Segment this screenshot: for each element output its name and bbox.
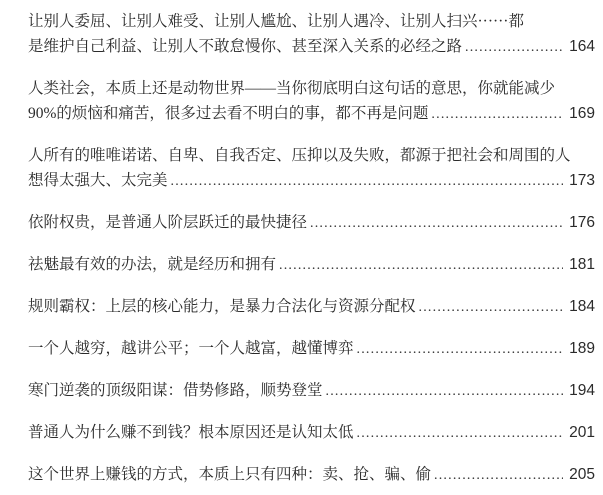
toc-entry[interactable]: 人类社会，本质上还是动物世界——当你彻底明白这句话的意思，你就能减少90%的烦恼… (28, 76, 595, 127)
entry-text-line: 让别人委屈、让别人难受、让别人尴尬、让别人遇冷、让别人扫兴······都 (28, 9, 595, 34)
dot-leader (357, 420, 564, 446)
entry-last-line: 是维护自己利益、让别人不敢怠慢你、甚至深入关系的必经之路164 (28, 34, 595, 60)
page-number: 173 (569, 168, 595, 193)
entry-text: 是维护自己利益、让别人不敢怠慢你、甚至深入关系的必经之路 (28, 34, 462, 59)
page-number: 164 (569, 34, 595, 59)
dot-leader (310, 210, 563, 236)
page-number: 201 (569, 420, 595, 445)
dot-leader (279, 252, 563, 278)
entry-text: 想得太强大、太完美 (28, 168, 168, 193)
entry-last-line: 90%的烦恼和痛苦，很多过去看不明白的事，都不再是问题169 (28, 101, 595, 127)
entry-text: 这个世界上赚钱的方式，本质上只有四种：卖、抢、骗、偷 (28, 462, 431, 487)
page-number: 169 (569, 101, 595, 126)
entry-text: 寒门逆袭的顶级阳谋：借势修路，顺势登堂 (28, 378, 323, 403)
entry-last-line: 普通人为什么赚不到钱？根本原因还是认知太低201 (28, 420, 595, 446)
dot-leader (431, 101, 563, 127)
toc-entry[interactable]: 人所有的唯唯诺诺、自卑、自我否定、压抑以及失败，都源于把社会和周围的人想得太强大… (28, 143, 595, 194)
entry-text: 祛魅最有效的办法，就是经历和拥有 (28, 252, 276, 277)
toc-entry[interactable]: 普通人为什么赚不到钱？根本原因还是认知太低201 (28, 420, 595, 446)
entry-text: 依附权贵，是普通人阶层跃迁的最快捷径 (28, 210, 307, 235)
entry-last-line: 依附权贵，是普通人阶层跃迁的最快捷径176 (28, 210, 595, 236)
entry-text-line: 人所有的唯唯诺诺、自卑、自我否定、压抑以及失败，都源于把社会和周围的人 (28, 143, 595, 168)
dot-leader (419, 294, 564, 320)
toc-list: 让别人委屈、让别人难受、让别人尴尬、让别人遇冷、让别人扫兴······都是维护自… (28, 9, 595, 488)
entry-text-line: 人类社会，本质上还是动物世界——当你彻底明白这句话的意思，你就能减少 (28, 76, 595, 101)
entry-text: 一个人越穷，越讲公平；一个人越富，越懂博弈 (28, 336, 354, 361)
toc-entry[interactable]: 祛魅最有效的办法，就是经历和拥有181 (28, 252, 595, 278)
dot-leader (434, 462, 563, 488)
entry-last-line: 这个世界上赚钱的方式，本质上只有四种：卖、抢、骗、偷205 (28, 462, 595, 488)
page-number: 184 (569, 294, 595, 319)
toc-entry[interactable]: 这个世界上赚钱的方式，本质上只有四种：卖、抢、骗、偷205 (28, 462, 595, 488)
entry-text: 90%的烦恼和痛苦，很多过去看不明白的事，都不再是问题 (28, 101, 428, 126)
dot-leader (171, 168, 564, 194)
toc-entry[interactable]: 一个人越穷，越讲公平；一个人越富，越懂博弈189 (28, 336, 595, 362)
entry-last-line: 一个人越穷，越讲公平；一个人越富，越懂博弈189 (28, 336, 595, 362)
toc-entry[interactable]: 依附权贵，是普通人阶层跃迁的最快捷径176 (28, 210, 595, 236)
entry-text: 普通人为什么赚不到钱？根本原因还是认知太低 (28, 420, 354, 445)
dot-leader (357, 336, 564, 362)
dot-leader (326, 378, 564, 404)
toc-entry[interactable]: 规则霸权：上层的核心能力，是暴力合法化与资源分配权184 (28, 294, 595, 320)
page-number: 189 (569, 336, 595, 361)
page-number: 181 (569, 252, 595, 277)
entry-last-line: 寒门逆袭的顶级阳谋：借势修路，顺势登堂194 (28, 378, 595, 404)
page-number: 176 (569, 210, 595, 235)
toc-page: 让别人委屈、让别人难受、让别人尴尬、让别人遇冷、让别人扫兴······都是维护自… (0, 0, 603, 495)
entry-last-line: 想得太强大、太完美173 (28, 168, 595, 194)
entry-text: 规则霸权：上层的核心能力，是暴力合法化与资源分配权 (28, 294, 416, 319)
page-number: 205 (569, 462, 595, 487)
dot-leader (465, 34, 563, 60)
entry-last-line: 祛魅最有效的办法，就是经历和拥有181 (28, 252, 595, 278)
page-number: 194 (569, 378, 595, 403)
entry-last-line: 规则霸权：上层的核心能力，是暴力合法化与资源分配权184 (28, 294, 595, 320)
toc-entry[interactable]: 寒门逆袭的顶级阳谋：借势修路，顺势登堂194 (28, 378, 595, 404)
toc-entry[interactable]: 让别人委屈、让别人难受、让别人尴尬、让别人遇冷、让别人扫兴······都是维护自… (28, 9, 595, 60)
